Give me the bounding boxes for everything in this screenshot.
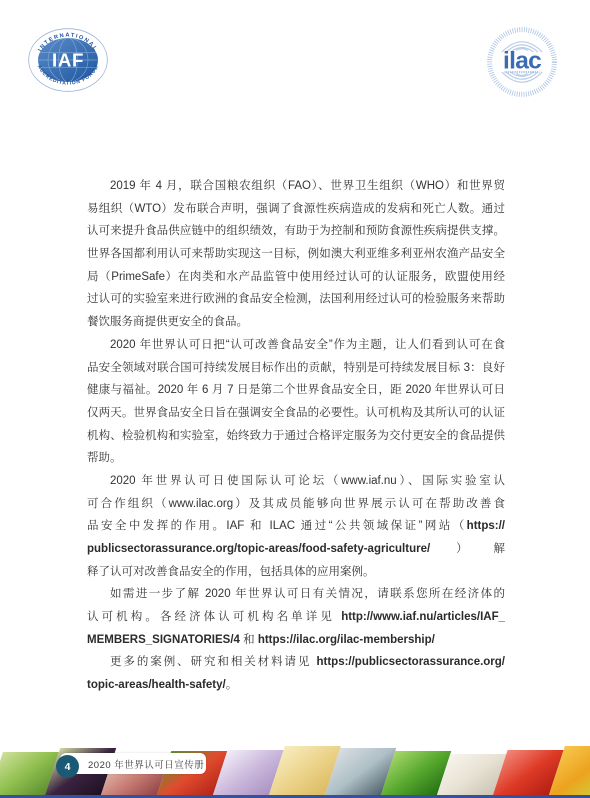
text-segment: 易组织（WTO）发布联合声明，强调了食源性疾病造成的发病和死亡人数。通过 — [87, 203, 505, 215]
link-url[interactable]: https://ilac.org/ilac-membership/ — [258, 634, 435, 646]
text-segment: 认可机构。各经济体认可机构名单详见 — [87, 611, 341, 623]
text-line: topic-areas/health-safety/。 — [87, 674, 505, 697]
text-line: 世界各国都利用认可来帮助实现这一目标，例如澳大利亚维多利亚州农渔产品安全 — [87, 243, 505, 266]
text-line: 易组织（WTO）发布联合声明，强调了食源性疾病造成的发病和死亡人数。通过 — [87, 198, 505, 221]
text-line: 帮助。 — [87, 447, 505, 470]
text-line: 释了认可对改善食品安全的作用，包括具体的应用案例。 — [87, 561, 505, 584]
text-segment: 餐饮服务商提供更安全的食品。 — [87, 316, 248, 328]
page-number: 4 — [65, 761, 71, 773]
text-line: publicsectorassurance.org/topic-areas/fo… — [87, 538, 505, 561]
ilac-abbr: ilac — [503, 47, 541, 74]
text-line: 仅两天。世界食品安全日旨在强调安全食品的必要性。认可机构及其所认可的认证 — [87, 402, 505, 425]
link-url[interactable]: https://publicsectorassurance.org/ — [316, 656, 505, 668]
page-number-badge: 4 — [56, 755, 79, 778]
iaf-logo: IAF INTERNATIONAL ACCREDITATION FORUM — [28, 28, 108, 97]
text-segment: 2019 年 4 月，联合国粮农组织（FAO）、世界卫生组织（WHO）和世界贸 — [110, 180, 505, 192]
text-line: 过认可的实验室来进行欧洲的食品安全检测，法国利用经过认可的检验服务来帮助 — [87, 288, 505, 311]
text-segment: 仅两天。世界食品安全日旨在强调安全食品的必要性。认可机构及其所认可的认证 — [87, 407, 505, 419]
text-line: 品安全领域对联合国可持续发展目标作出的贡献，特别是可持续发展目标 3：良好 — [87, 357, 505, 380]
text-segment: 过认可的实验室来进行欧洲的食品安全检测，法国利用经过认可的检验服务来帮助 — [87, 293, 505, 305]
text-segment: 2020 年世界认可日使国际认可论坛（www.iaf.nu）、国际实验室认 — [110, 475, 505, 487]
link-url[interactable]: publicsectorassurance.org/topic-areas/fo… — [87, 543, 430, 555]
text-line: 如需进一步了解 2020 年世界认可日有关情况，请联系您所在经济体的 — [87, 583, 505, 606]
ilac-logo-graphic: ilac — [486, 26, 558, 98]
link-url[interactable]: https:// — [467, 520, 505, 532]
text-line: 2019 年 4 月，联合国粮农组织（FAO）、世界卫生组织（WHO）和世界贸 — [87, 175, 505, 198]
document-body: 2019 年 4 月，联合国粮农组织（FAO）、世界卫生组织（WHO）和世界贸易… — [87, 175, 505, 697]
text-line: 局（PrimeSafe）在肉类和水产品监管中使用经过认可的认证服务，欧盟使用经 — [87, 266, 505, 289]
text-segment: 健康与福祉。2020 年 6 月 7 日是第二个世界食品安全日，距 2020 年… — [87, 384, 505, 396]
text-segment: 世界各国都利用认可来帮助实现这一目标，例如澳大利亚维多利亚州农渔产品安全 — [87, 248, 505, 260]
text-line: 健康与福祉。2020 年 6 月 7 日是第二个世界食品安全日，距 2020 年… — [87, 379, 505, 402]
text-line: 2020 年世界认可日把“认可改善食品安全”作为主题，让人们看到认可在食 — [87, 334, 505, 357]
text-segment: 释了认可对改善食品安全的作用，包括具体的应用案例。 — [87, 566, 375, 578]
text-line: 品安全中发挥的作用。IAF 和 ILAC 通过“公共领域保证”网站（https:… — [87, 515, 505, 538]
iaf-abbr: IAF — [52, 50, 84, 71]
document-page: IAF INTERNATIONAL ACCREDITATION FORUM — [0, 0, 590, 798]
text-segment: 认可来提升食品供应链中的组织绩效，有助于为控制和预防食源性疾病提供支撑。 — [87, 225, 505, 237]
text-segment: 2020 年世界认可日把“认可改善食品安全”作为主题，让人们看到认可在食 — [110, 339, 505, 351]
ilac-logo: ilac — [486, 26, 558, 103]
text-segment: 如需进一步了解 2020 年世界认可日有关情况，请联系您所在经济体的 — [110, 588, 505, 600]
text-line: MEMBERS_SIGNATORIES/4 和 https://ilac.org… — [87, 629, 505, 652]
text-line: 认可来提升食品供应链中的组织绩效，有助于为控制和预防食源性疾病提供支撑。 — [87, 220, 505, 243]
page-footer: 2020 年世界认可日宣传册 4 — [0, 746, 590, 798]
link-url[interactable]: http://www.iaf.nu/articles/IAF_ — [341, 611, 505, 623]
text-segment: 更多的案例、研究和相关材料请见 — [110, 656, 316, 668]
footer-title-bar: 2020 年世界认可日宣传册 — [60, 753, 206, 774]
link-url[interactable]: MEMBERS_SIGNATORIES/4 — [87, 634, 240, 646]
text-line: 餐饮服务商提供更安全的食品。 — [87, 311, 505, 334]
text-segment: 品安全领域对联合国可持续发展目标作出的贡献，特别是可持续发展目标 3：良好 — [87, 362, 505, 374]
text-segment: 和 — [240, 634, 258, 646]
text-segment: 。 — [226, 679, 238, 691]
text-segment: 局（PrimeSafe）在肉类和水产品监管中使用经过认可的认证服务，欧盟使用经 — [87, 271, 505, 283]
text-segment: 帮助。 — [87, 452, 122, 464]
text-line: 机构、检验机构和实验室，始终致力于通过合格评定服务为交付更安全的食品提供 — [87, 425, 505, 448]
text-line: 更多的案例、研究和相关材料请见 https://publicsectorassu… — [87, 651, 505, 674]
text-line: 2020 年世界认可日使国际认可论坛（www.iaf.nu）、国际实验室认 — [87, 470, 505, 493]
text-segment: ）解 — [430, 543, 505, 555]
booklet-title: 2020 年世界认可日宣传册 — [88, 757, 204, 771]
text-line: 认可机构。各经济体认可机构名单详见 http://www.iaf.nu/arti… — [87, 606, 505, 629]
text-line: 可合作组织（www.ilac.org）及其成员能够向世界展示认可在帮助改善食 — [87, 493, 505, 516]
iaf-logo-graphic: IAF INTERNATIONAL ACCREDITATION FORUM — [28, 28, 108, 92]
link-url[interactable]: topic-areas/health-safety/ — [87, 679, 226, 691]
text-segment: 机构、检验机构和实验室，始终致力于通过合格评定服务为交付更安全的食品提供 — [87, 430, 505, 442]
text-segment: 可合作组织（www.ilac.org）及其成员能够向世界展示认可在帮助改善食 — [87, 498, 505, 510]
text-segment: 品安全中发挥的作用。IAF 和 ILAC 通过“公共领域保证”网站（ — [87, 520, 467, 532]
